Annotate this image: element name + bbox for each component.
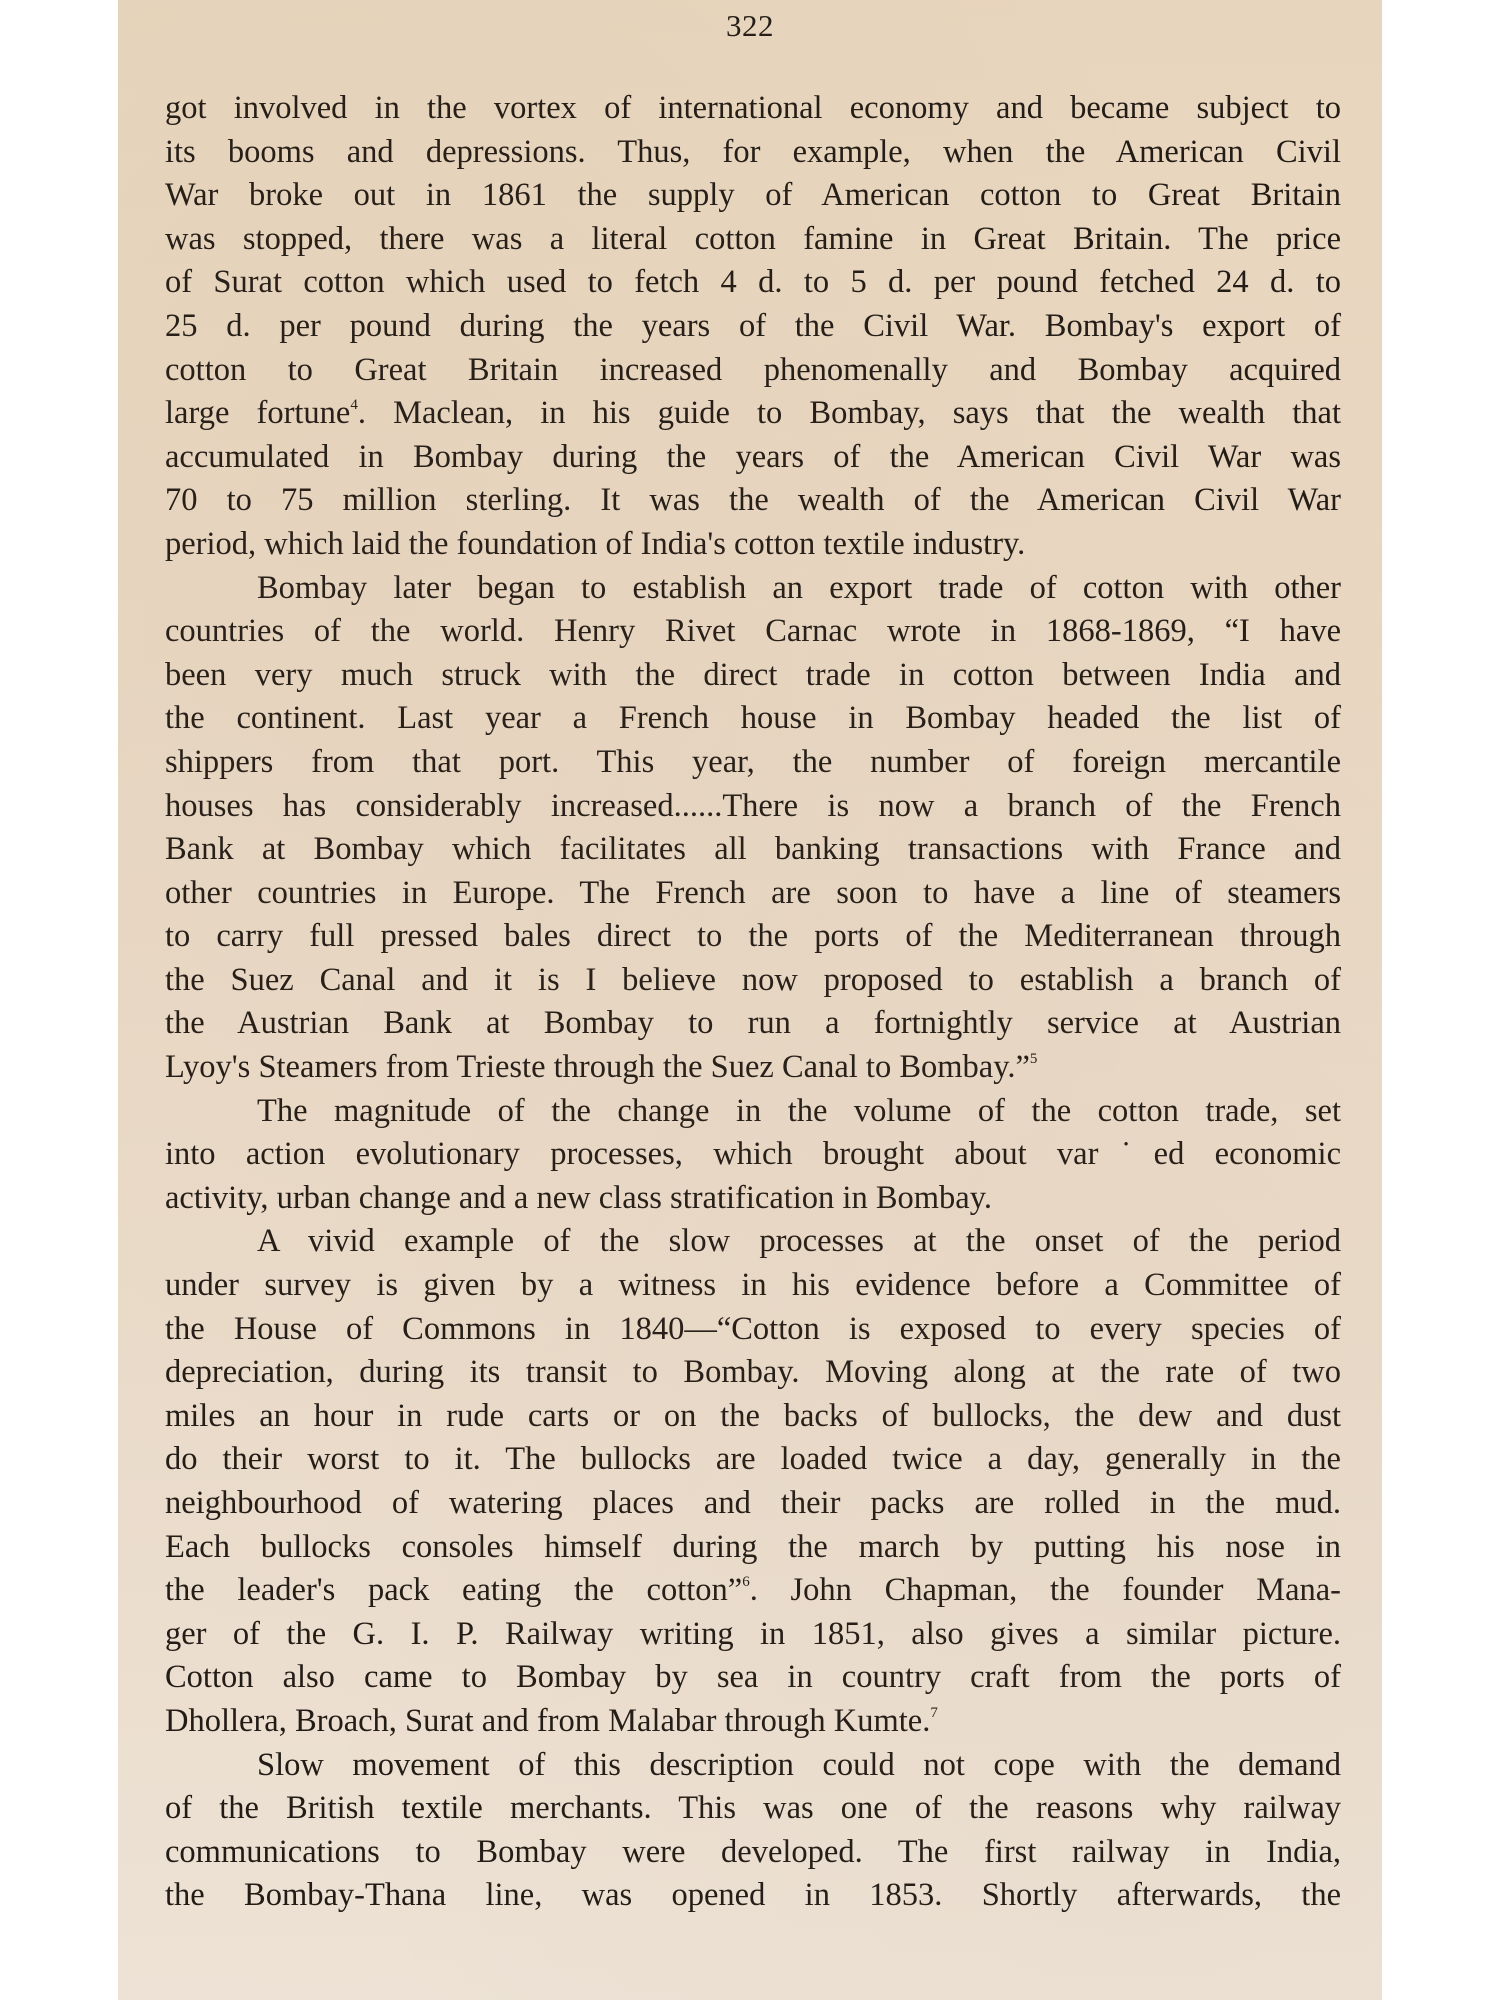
text-line: activity, urban change and a new class s… <box>165 1177 1341 1221</box>
text-line: Bombay later began to establish an expor… <box>165 567 1341 611</box>
text-line: of the British textile merchants. This w… <box>165 1787 1341 1831</box>
paragraph: Slow movement of this description could … <box>165 1744 1341 1918</box>
text-line: houses has considerably increased......T… <box>165 785 1341 829</box>
text-line: other countries in Europe. The French ar… <box>165 872 1341 916</box>
text-line: countries of the world. Henry Rivet Carn… <box>165 610 1341 654</box>
text-line: Dhollera, Broach, Surat and from Malabar… <box>165 1700 1341 1744</box>
text-line: communications to Bombay were developed.… <box>165 1831 1341 1875</box>
text-line: The magnitude of the change in the volum… <box>165 1090 1341 1134</box>
text-line: the continent. Last year a French house … <box>165 697 1341 741</box>
text-line: 70 to 75 million sterling. It was the we… <box>165 479 1341 523</box>
text-line: accumulated in Bombay during the years o… <box>165 436 1341 480</box>
text-line: the Bombay-Thana line, was opened in 185… <box>165 1874 1341 1918</box>
text-line: under survey is given by a witness in hi… <box>165 1264 1341 1308</box>
text-line: got involved in the vortex of internatio… <box>165 87 1341 131</box>
text-line: Each bullocks consoles himself during th… <box>165 1526 1341 1570</box>
paragraph: Bombay later began to establish an expor… <box>165 567 1341 1090</box>
text-line: Cotton also came to Bombay by sea in cou… <box>165 1656 1341 1700</box>
text-line: the House of Commons in 1840—“Cotton is … <box>165 1308 1341 1352</box>
text-run: Lyoy's Steamers from Trieste through the… <box>165 1049 1030 1085</box>
paragraph: A vivid example of the slow processes at… <box>165 1220 1341 1743</box>
page-number: 322 <box>118 8 1382 44</box>
text-line: the leader's pack eating the cotton”6. J… <box>165 1569 1341 1613</box>
text-line: the Suez Canal and it is I believe now p… <box>165 959 1341 1003</box>
text-line: large fortune4. Maclean, in his guide to… <box>165 392 1341 436</box>
text-line: was stopped, there was a literal cotton … <box>165 218 1341 262</box>
paragraph: got involved in the vortex of internatio… <box>165 87 1341 567</box>
text-run: . Maclean, in his guide to Bombay, says … <box>358 395 1341 431</box>
text-line: Lyoy's Steamers from Trieste through the… <box>165 1046 1341 1090</box>
footnote-marker: 5 <box>1030 1051 1038 1067</box>
text-line: A vivid example of the slow processes at… <box>165 1220 1341 1264</box>
text-line: the Austrian Bank at Bombay to run a for… <box>165 1002 1341 1046</box>
body-text: got involved in the vortex of internatio… <box>165 87 1341 1918</box>
text-line: 25 d. per pound during the years of the … <box>165 305 1341 349</box>
footnote-marker: 4 <box>350 397 358 413</box>
text-line: Bank at Bombay which facilitates all ban… <box>165 828 1341 872</box>
text-run: the leader's pack eating the cotton” <box>165 1572 742 1608</box>
text-line: do their worst to it. The bullocks are l… <box>165 1438 1341 1482</box>
text-line: into action evolutionary processes, whic… <box>165 1133 1341 1177</box>
text-line: miles an hour in rude carts or on the ba… <box>165 1395 1341 1439</box>
text-line: its booms and depressions. Thus, for exa… <box>165 131 1341 175</box>
text-line: Slow movement of this description could … <box>165 1744 1341 1788</box>
text-run: . John Chapman, the founder Mana- <box>750 1572 1341 1608</box>
text-line: been very much struck with the direct tr… <box>165 654 1341 698</box>
text-line: depreciation, during its transit to Bomb… <box>165 1351 1341 1395</box>
text-line: neighbourhood of watering places and the… <box>165 1482 1341 1526</box>
text-line: to carry full pressed bales direct to th… <box>165 915 1341 959</box>
text-line: shippers from that port. This year, the … <box>165 741 1341 785</box>
text-line: ger of the G. I. P. Railway writing in 1… <box>165 1613 1341 1657</box>
text-line: period, which laid the foundation of Ind… <box>165 523 1341 567</box>
text-line: cotton to Great Britain increased phenom… <box>165 349 1341 393</box>
text-line: of Surat cotton which used to fetch 4 d.… <box>165 261 1341 305</box>
book-page: 322 got involved in the vortex of intern… <box>118 0 1382 2000</box>
text-run: large fortune <box>165 395 350 431</box>
text-run: Dhollera, Broach, Surat and from Malabar… <box>165 1703 930 1739</box>
paragraph: The magnitude of the change in the volum… <box>165 1090 1341 1221</box>
footnote-marker: 6 <box>742 1574 750 1590</box>
footnote-marker: 7 <box>930 1705 938 1721</box>
text-line: War broke out in 1861 the supply of Amer… <box>165 174 1341 218</box>
